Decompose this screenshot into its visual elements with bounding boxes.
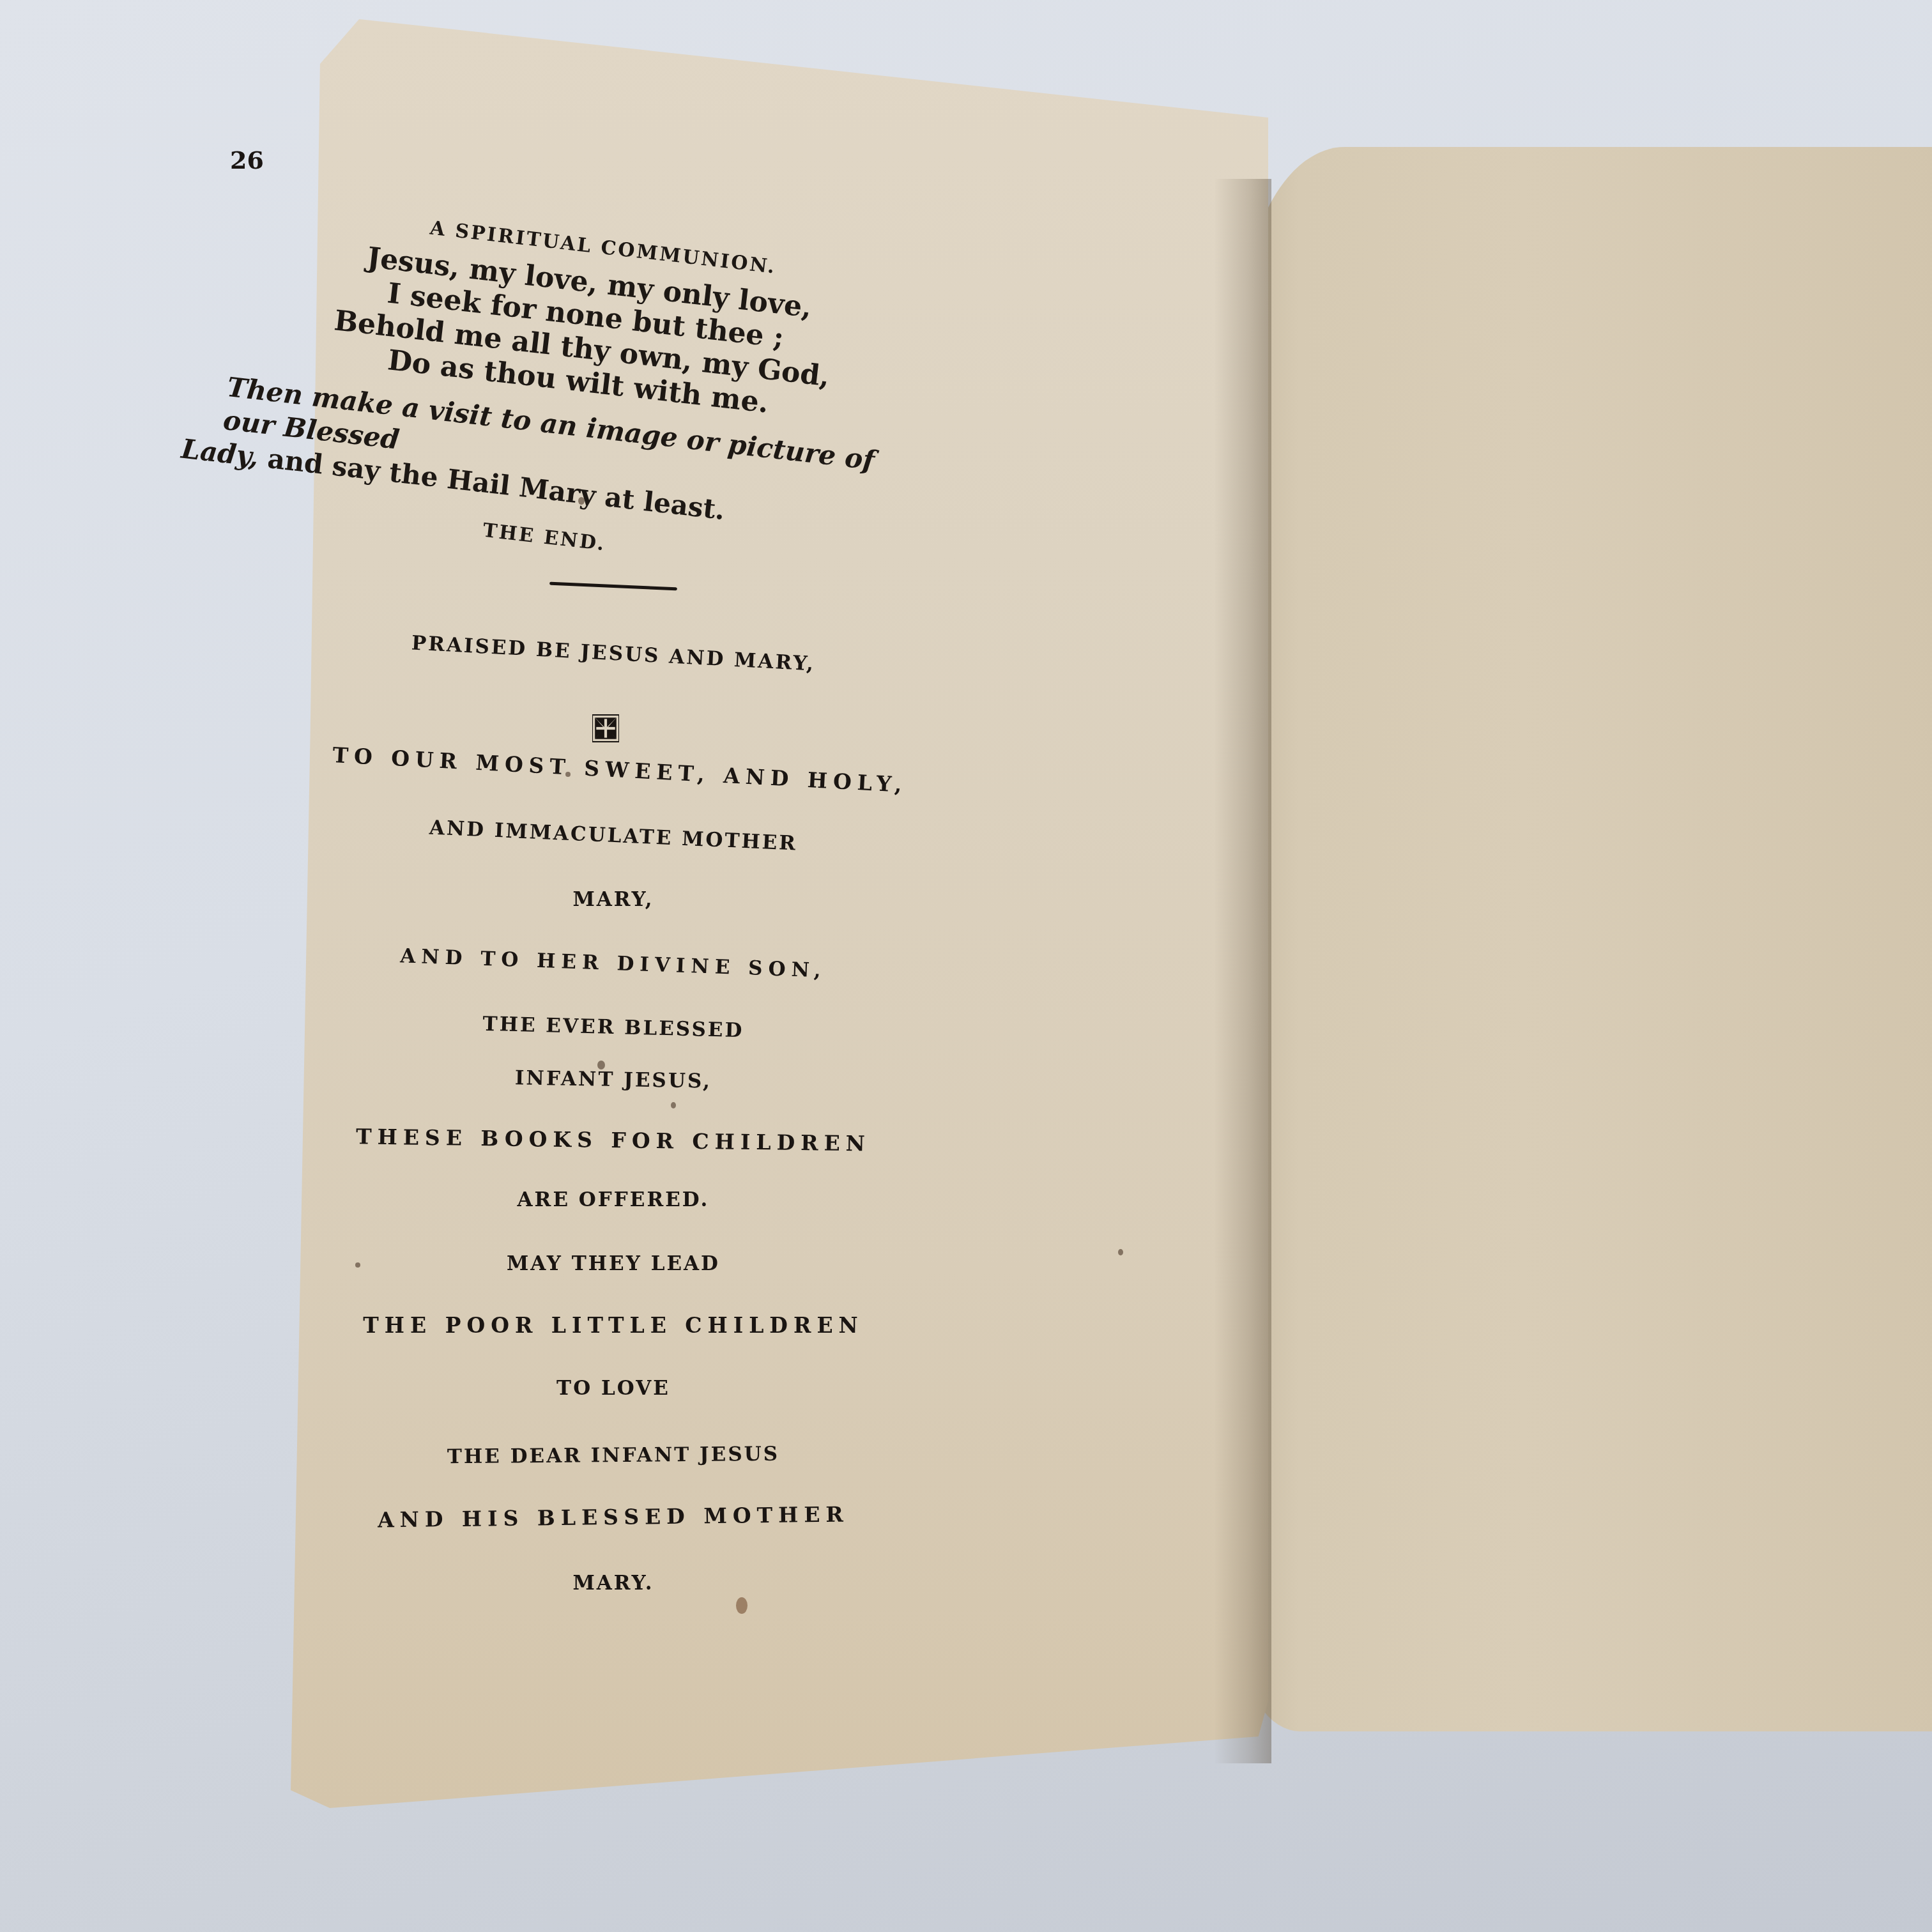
dedication-line: AND TO HER DIVINE SON, <box>332 942 895 985</box>
paper-speck <box>671 1102 676 1108</box>
paper-speck <box>565 772 571 777</box>
dedication-line: MARY. <box>332 1572 894 1595</box>
dedication-line: TO OUR MOST SWEET, AND HOLY, <box>332 742 895 797</box>
paper-speck <box>578 497 585 505</box>
page-number: 26 <box>230 146 264 174</box>
dedication-line: AND HIS BLESSED MOTHER <box>332 1501 894 1533</box>
dedication-line: TO LOVE <box>332 1377 894 1400</box>
paper-speck <box>597 1061 605 1069</box>
left-page-content: 26 A SPIRITUAL COMMUNION. Jesus, my love… <box>0 0 1932 1932</box>
dedication-line: THE EVER BLESSED <box>332 1008 895 1046</box>
maltese-cross-icon <box>592 714 619 742</box>
dedication-line: ARE OFFERED. <box>332 1188 894 1211</box>
paper-speck <box>355 1262 360 1268</box>
paper-speck <box>1118 1249 1123 1255</box>
dedication-line: PRAISED BE JESUS AND MARY, <box>332 627 895 680</box>
horizontal-rule <box>549 582 677 591</box>
paper-speck <box>736 1597 747 1614</box>
dedication-line: INFANT JESUS, <box>332 1063 894 1096</box>
dedication-line: MAY THEY LEAD <box>332 1252 894 1275</box>
dedication-line: MARY, <box>332 888 894 911</box>
dedication-line: THESE BOOKS FOR CHILDREN <box>332 1124 894 1156</box>
dedication-line: THE DEAR INFANT JESUS <box>332 1441 894 1469</box>
dedication-line: AND IMMACULATE MOTHER <box>332 812 895 859</box>
dedication-line: THE POOR LITTLE CHILDREN <box>332 1313 894 1338</box>
spiritual-communion-section: A SPIRITUAL COMMUNION. Jesus, my love, m… <box>175 192 922 588</box>
